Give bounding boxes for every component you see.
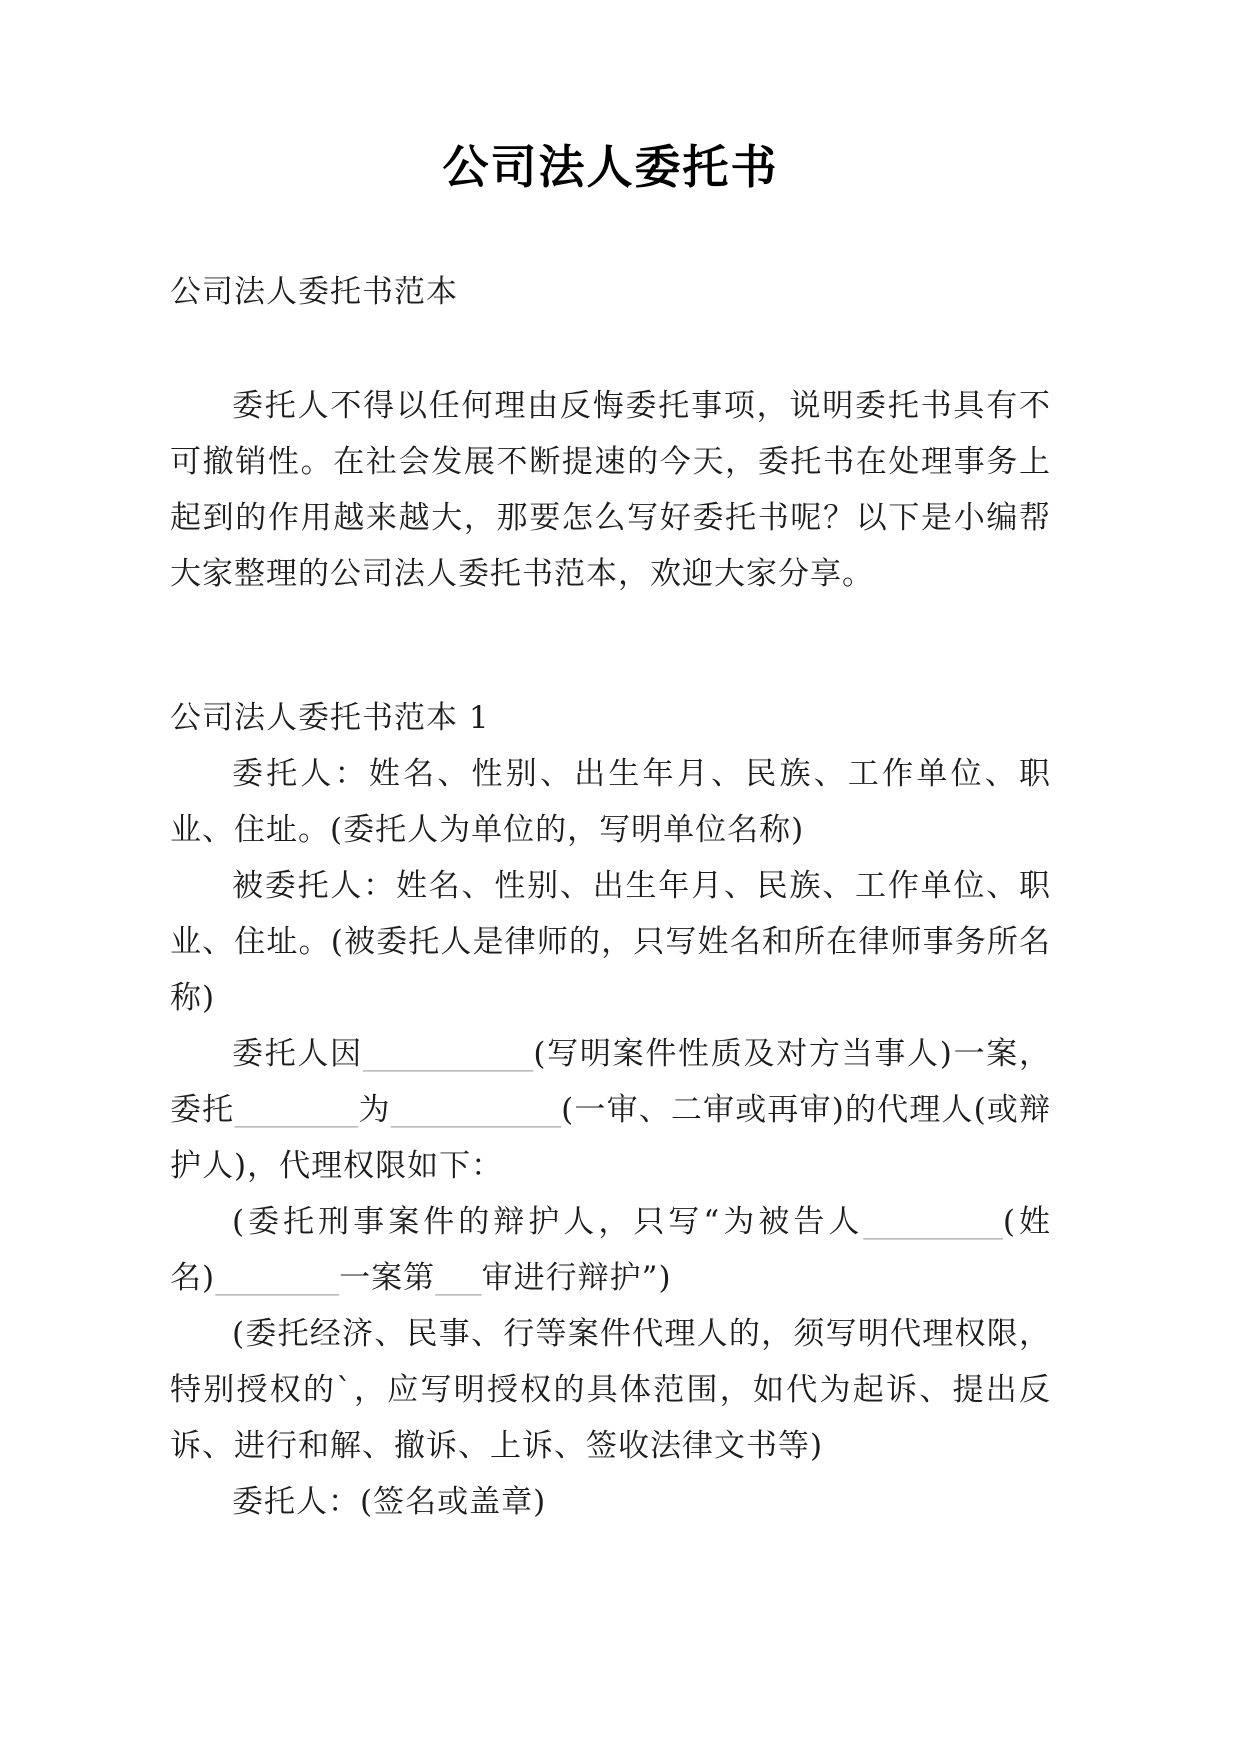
- paragraph-agent-info: 被委托人：姓名、性别、出生年月、民族、工作单位、职业、住址。(被委托人是律师的，…: [170, 858, 1051, 1026]
- paragraph-criminal-defense-note: (委托刑事案件的辩护人，只写“为被告人_________(姓名)________…: [170, 1194, 1051, 1306]
- fill-in-blank: _________: [863, 1204, 1003, 1240]
- fill-in-blank: ________: [234, 1092, 358, 1128]
- section-heading-template-1: 公司法人委托书范本 1: [170, 690, 1051, 746]
- fill-in-blank: ___: [435, 1260, 482, 1296]
- fill-in-blank: ___________: [363, 1036, 534, 1072]
- paragraph-signature-line: 委托人：(签名或盖章): [170, 1474, 1051, 1530]
- fill-in-blank: ___________: [391, 1092, 562, 1128]
- paragraph-civil-authorization-note: (委托经济、民事、行等案件代理人的，须写明代理权限，特别授权的`，应写明授权的具…: [170, 1306, 1051, 1474]
- paragraph-case-entrustment: 委托人因___________(写明案件性质及对方当事人)一案，委托______…: [170, 1026, 1051, 1194]
- document-page: 公司法人委托书 公司法人委托书范本 委托人不得以任何理由反悔委托事项，说明委托书…: [0, 0, 1241, 1754]
- intro-paragraph: 委托人不得以任何理由反悔委托事项，说明委托书具有不可撤销性。在社会发展不断提速的…: [170, 378, 1051, 602]
- subtitle-template-label: 公司法人委托书范本: [170, 264, 1051, 320]
- fill-in-blank: ________: [215, 1260, 339, 1296]
- document-title: 公司法人委托书: [170, 128, 1051, 206]
- paragraph-principal-info: 委托人：姓名、性别、出生年月、民族、工作单位、职业、住址。(委托人为单位的，写明…: [170, 746, 1051, 858]
